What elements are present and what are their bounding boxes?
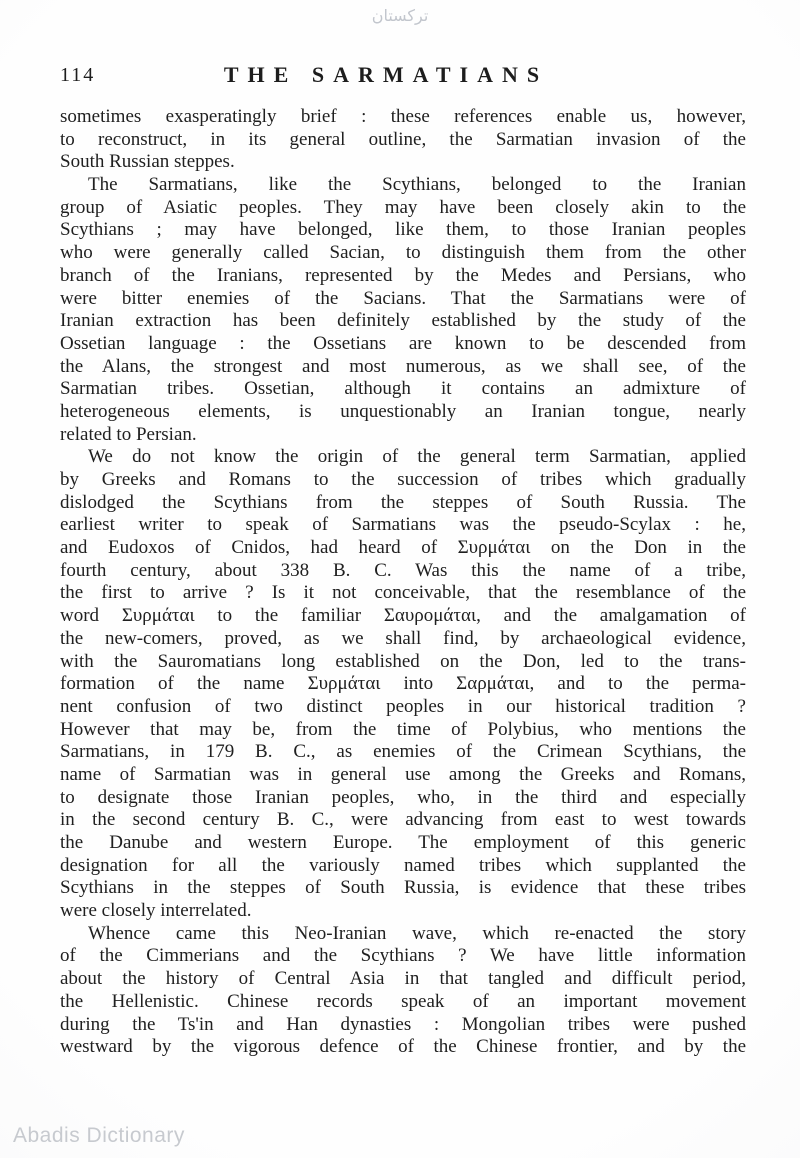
text-line: dislodged the Scythians from the steppes… xyxy=(60,492,746,515)
text-line: Scythians in the steppes of South Russia… xyxy=(60,877,746,900)
text-line: Whence came this Neo-Iranian wave, which… xyxy=(60,923,746,946)
text-line: However that may be, from the time of Po… xyxy=(60,719,746,742)
text-line: the Danube and western Europe. The emplo… xyxy=(60,832,746,855)
text-line: related to Persian. xyxy=(60,424,746,447)
text-line: Scythians ; may have belonged, like them… xyxy=(60,219,746,242)
text-line: the new-comers, proved, as we shall find… xyxy=(60,628,746,651)
text-line: westward by the vigorous defence of the … xyxy=(60,1036,746,1059)
text-line: group of Asiatic peoples. They may have … xyxy=(60,197,746,220)
text-line: were closely interrelated. xyxy=(60,900,746,923)
text-line: nent confusion of two distinct peoples i… xyxy=(60,696,746,719)
text-line: branch of the Iranians, represented by t… xyxy=(60,265,746,288)
text-line: Sarmatians, in 179 B. C., as enemies of … xyxy=(60,741,746,764)
text-line: the first to arrive ? Is it not conceiva… xyxy=(60,582,746,605)
text-line: earliest writer to speak of Sarmatians w… xyxy=(60,514,746,537)
text-line: South Russian steppes. xyxy=(60,151,746,174)
text-line: the Alans, the strongest and most numero… xyxy=(60,356,746,379)
text-line: and Eudoxos of Cnidos, had heard of Συρμ… xyxy=(60,537,746,560)
text-line: sometimes exasperatingly brief : these r… xyxy=(60,106,746,129)
text-line: formation of the name Συρμάται into Σαρμ… xyxy=(60,673,746,696)
text-line: Sarmatian tribes. Ossetian, although it … xyxy=(60,378,746,401)
text-line: of the Cimmerians and the Scythians ? We… xyxy=(60,945,746,968)
page-title: THE SARMATIANS xyxy=(0,62,772,88)
text-line: designation for all the variously named … xyxy=(60,855,746,878)
text-line: Iranian extraction has been definitely e… xyxy=(60,310,746,333)
watermark-top-label: ترکستان xyxy=(0,6,800,25)
paragraph: We do not know the origin of the general… xyxy=(60,446,746,922)
text-line: Ossetian language : the Ossetians are kn… xyxy=(60,333,746,356)
text-line: fourth century, about 338 B. C. Was this… xyxy=(60,560,746,583)
text-line: to designate those Iranian peoples, who,… xyxy=(60,787,746,810)
paragraph: Whence came this Neo-Iranian wave, which… xyxy=(60,923,746,1059)
text-line: by Greeks and Romans to the succession o… xyxy=(60,469,746,492)
text-line: to reconstruct, in its general outline, … xyxy=(60,129,746,152)
text-line: with the Sauromatians long established o… xyxy=(60,651,746,674)
text-line: who were generally called Sacian, to dis… xyxy=(60,242,746,265)
text-line: in the second century B. C., were advanc… xyxy=(60,809,746,832)
paragraph: sometimes exasperatingly brief : these r… xyxy=(60,106,746,174)
text-line: about the history of Central Asia in tha… xyxy=(60,968,746,991)
text-line: word Συρμάται to the familiar Σαυρομάται… xyxy=(60,605,746,628)
text-line: We do not know the origin of the general… xyxy=(60,446,746,469)
paragraph: The Sarmatians, like the Scythians, belo… xyxy=(60,174,746,446)
text-line: name of Sarmatian was in general use amo… xyxy=(60,764,746,787)
text-line: during the Ts'in and Han dynasties : Mon… xyxy=(60,1014,746,1037)
page-body: sometimes exasperatingly brief : these r… xyxy=(60,106,746,1059)
watermark-bottom-label: Abadis Dictionary xyxy=(13,1124,185,1148)
text-line: The Sarmatians, like the Scythians, belo… xyxy=(60,174,746,197)
text-line: the Hellenistic. Chinese records speak o… xyxy=(60,991,746,1014)
text-line: heterogeneous elements, is unquestionabl… xyxy=(60,401,746,424)
text-line: were bitter enemies of the Sacians. That… xyxy=(60,288,746,311)
